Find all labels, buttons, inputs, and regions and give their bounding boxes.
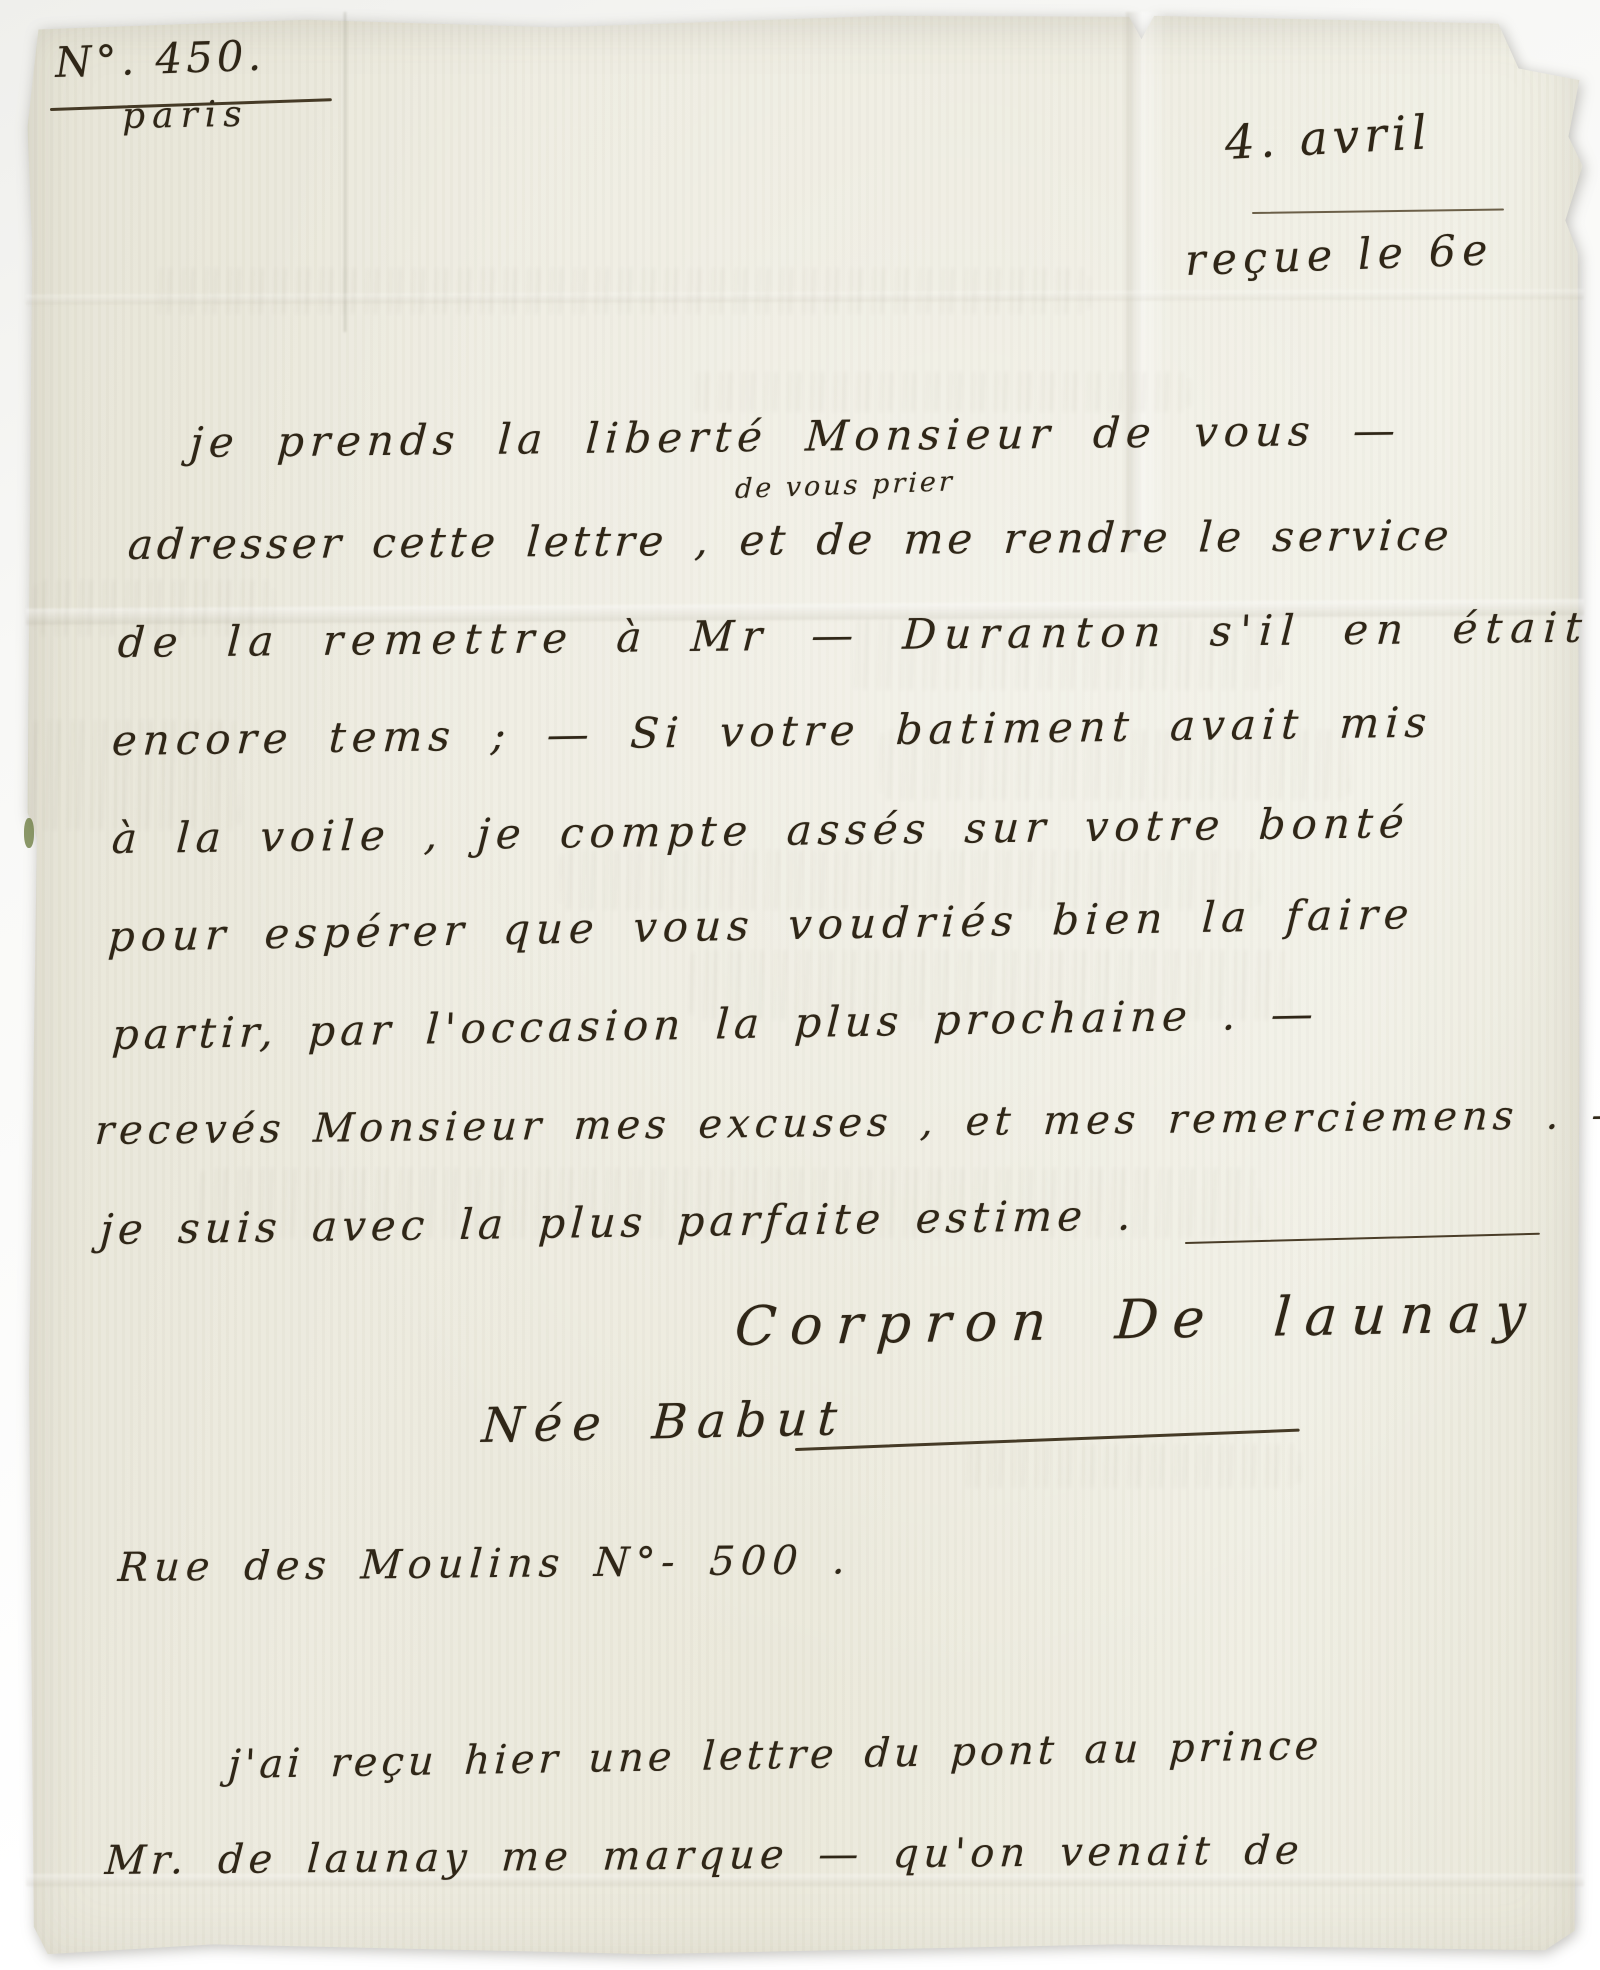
address-line: Rue des Moulins N°- 500 . xyxy=(117,1537,853,1591)
place-label: paris xyxy=(122,94,249,137)
letter-paper xyxy=(26,10,1584,1958)
paper-shadow-wrap xyxy=(0,0,1600,1970)
letter-line: adresser cette lettre , et de me rendre … xyxy=(126,511,1454,569)
photo-canvas: N°. 450. paris 4. avril reçue le 6e je p… xyxy=(0,0,1600,1970)
date-label: 4. avril xyxy=(1224,105,1433,171)
ref-number: N°. 450. xyxy=(54,31,266,87)
signature-nee: Née Babut xyxy=(480,1390,849,1454)
